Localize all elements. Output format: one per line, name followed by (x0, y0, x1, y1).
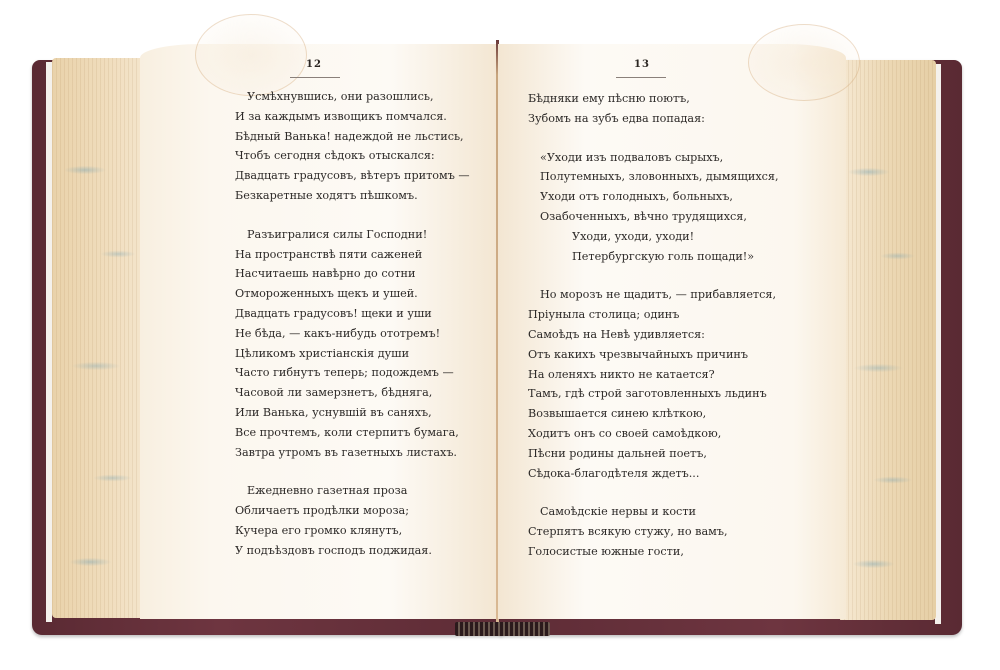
verse-line: Бѣдный Ванька! надеждой не льстись, (235, 127, 470, 147)
verse-line: Разъигралися силы Господни! (235, 225, 470, 245)
page-stack-right-marbled-edge (840, 60, 936, 620)
verse-line: Кучера его громко клянутъ, (235, 521, 470, 541)
header-rule (616, 77, 666, 78)
verse-line: Обличаетъ продѣлки мороза; (235, 501, 470, 521)
verse-line: «Уходи изъ подваловъ сырыхъ, (528, 148, 779, 168)
verse-line: И за каждымъ извощикъ помчался. (235, 107, 470, 127)
page-number: 12 (306, 59, 322, 70)
verse-line: На оленяхъ никто не катается? (528, 365, 779, 385)
verse-line: Зубомъ на зубъ едва попадая: (528, 109, 779, 129)
water-stain (195, 14, 307, 96)
verse-line: На пространствѣ пяти саженей (235, 245, 470, 265)
verse-line: Стерпятъ всякую стужу, но вамъ, (528, 522, 779, 542)
verse-line: Самоѣдъ на Невѣ удивляется: (528, 325, 779, 345)
verse-line: Уходи отъ голодныхъ, больныхъ, (528, 187, 779, 207)
page-number: 13 (634, 59, 650, 70)
verse-line: Самоѣдскіе нервы и кости (528, 502, 779, 522)
left-page: 12 Усмѣхнувшись, они разошлись, И за каж… (140, 44, 498, 619)
verse-line: Усмѣхнувшись, они разошлись, (235, 87, 470, 107)
verse-line: Возвышается синею клѣткою, (528, 404, 779, 424)
verse-line: Сѣдока-благодѣтеля ждетъ... (528, 464, 779, 484)
verse-line: Отмороженныхъ щекъ и ушей. (235, 284, 470, 304)
open-book-photo: 12 Усмѣхнувшись, они разошлись, И за каж… (0, 0, 1000, 670)
poem-text-right: Бѣдняки ему пѣсню поютъ, Зубомъ на зубъ … (528, 89, 779, 562)
verse-line: Двадцать градусовъ! щеки и уши (235, 304, 470, 324)
verse-line: Безкаретные ходятъ пѣшкомъ. (235, 186, 470, 206)
header-rule (290, 77, 340, 78)
verse-line: Ходитъ онъ со своей самоѣдкою, (528, 424, 779, 444)
verse-line: Цѣликомъ христіанскія души (235, 344, 470, 364)
verse-line: Часовой ли замерзнетъ, бѣдняга, (235, 383, 470, 403)
verse-line: Уходи, уходи, уходи! (528, 227, 779, 247)
right-page: 13 Бѣдняки ему пѣсню поютъ, Зубомъ на зу… (498, 44, 846, 619)
verse-line: Завтра утромъ въ газетныхъ листахъ. (235, 443, 470, 463)
verse-line: Ежедневно газетная проза (235, 481, 470, 501)
verse-line: Отъ какихъ чрезвычайныхъ причинъ (528, 345, 779, 365)
marbling-pattern (840, 60, 936, 620)
verse-line: Голосистые южные гости, (528, 542, 779, 562)
verse-line: Полутемныхъ, зловонныхъ, дымящихся, (528, 167, 779, 187)
verse-line: Или Ванька, уснувшій въ саняхъ, (235, 403, 470, 423)
poem-text-left: Усмѣхнувшись, они разошлись, И за каждым… (235, 87, 470, 561)
verse-line: Пріуныла столица; одинъ (528, 305, 779, 325)
verse-line: Насчитаешь навѣрно до сотни (235, 264, 470, 284)
verse-line: Пѣсни родины дальней поетъ, (528, 444, 779, 464)
verse-line: Все прочтемъ, коли стерпитъ бумага, (235, 423, 470, 443)
verse-line: Не бѣда, — какъ-нибудь ототремъ! (235, 324, 470, 344)
verse-line: У подъѣздовъ господъ поджидая. (235, 541, 470, 561)
verse-line: Бѣдняки ему пѣсню поютъ, (528, 89, 779, 109)
verse-line: Но морозъ не щадитъ, — прибавляется, (528, 285, 779, 305)
book-spine-headband (455, 622, 550, 636)
verse-line: Чтобъ сегодня сѣдокъ отыскался: (235, 146, 470, 166)
verse-line: Двадцать градусовъ, вѣтеръ притомъ — (235, 166, 470, 186)
verse-line: Тамъ, гдѣ строй заготовленныхъ льдинъ (528, 384, 779, 404)
verse-line: Петербургскую голь пощади!» (528, 247, 779, 267)
verse-line: Часто гибнутъ теперь; подождемъ — (235, 363, 470, 383)
verse-line: Озабоченныхъ, вѣчно трудящихся, (528, 207, 779, 227)
